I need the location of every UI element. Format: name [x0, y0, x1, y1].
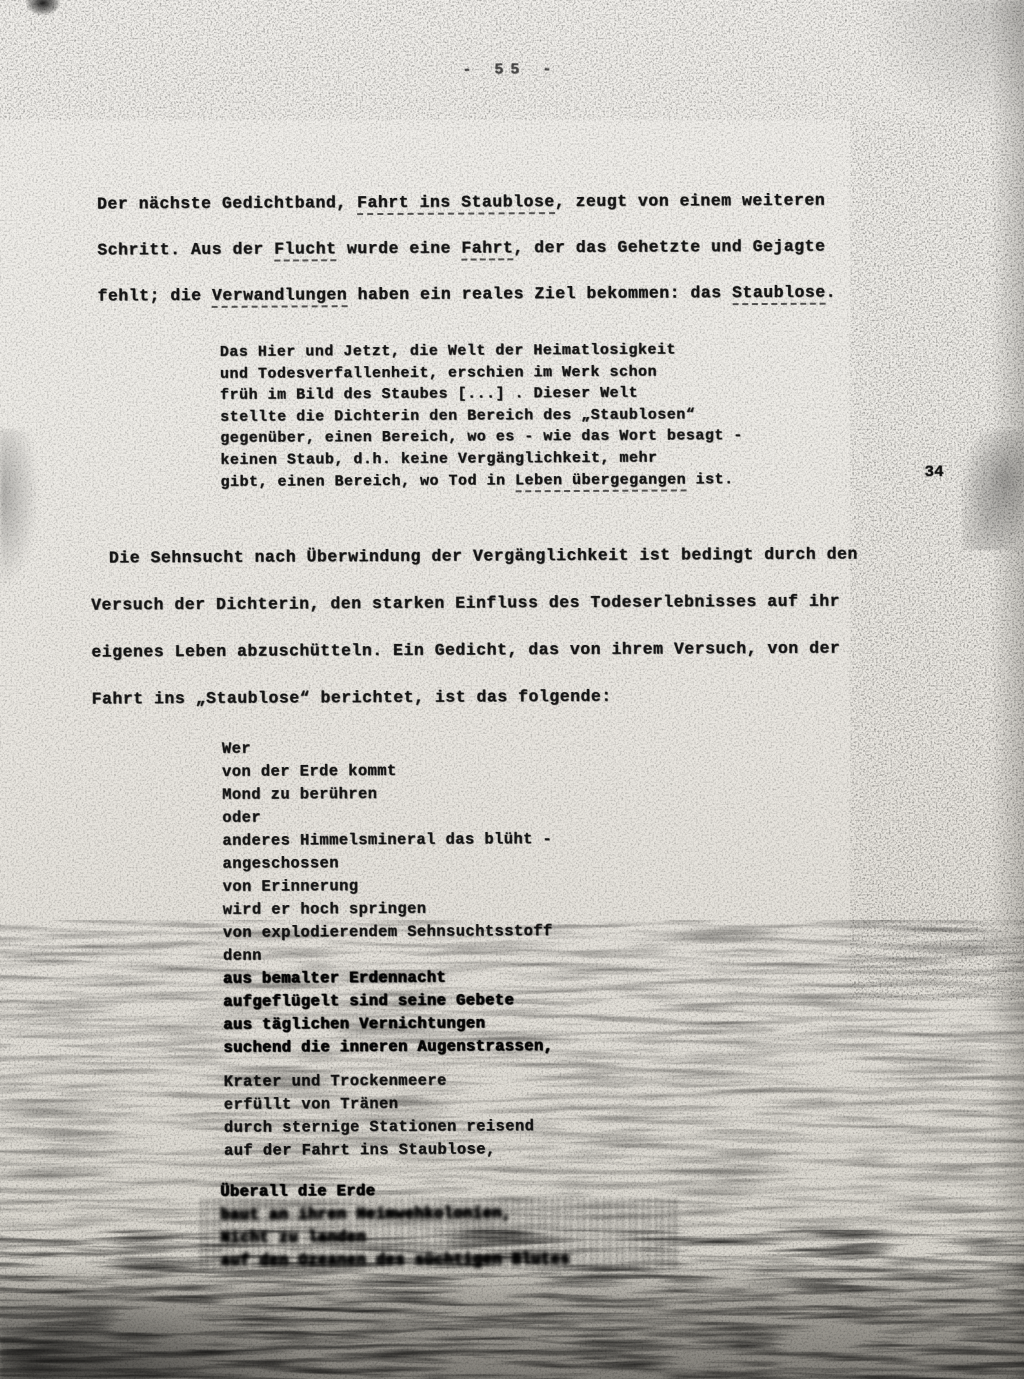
text-line: gegenüber, einen Bereich, wo es - wie da… [220, 425, 743, 449]
text-line: eigenes Leben abzuschütteln. Ein Gedicht… [91, 625, 858, 676]
text-line: Wer [222, 736, 552, 761]
underlined-text: Leben übergegangen [515, 471, 686, 492]
text-line: Überall die Erde [220, 1179, 569, 1204]
text-line: Nicht zu landen [220, 1225, 569, 1250]
text-line: Der nächste Gedichtband, Fahrt ins Staub… [97, 178, 836, 228]
text-line: und Todesverfallenheit, erschien im Werk… [220, 361, 743, 385]
poem-stanza-3-smudged: Überall die Erdebaut an ihren Heimwehkol… [220, 1179, 570, 1273]
scanned-document-page: - 55 - Der nächste Gedichtband, Fahrt in… [0, 0, 1024, 1379]
text-line: aus täglichen Vernichtungen [223, 1012, 553, 1037]
text-line: suchend die inneren Augenstrassen, [223, 1035, 553, 1060]
text-line: erfüllt von Tränen [224, 1092, 535, 1117]
intro-paragraph: Der nächste Gedichtband, Fahrt ins Staub… [97, 178, 836, 320]
text-line: von explodierendem Sehnsuchtsstoff [223, 920, 553, 945]
poem-stanza-1: Wervon der Erde kommtMond zu berührenode… [222, 736, 554, 1060]
text-line: stellte die Dichterin den Bereich des „S… [220, 404, 743, 428]
text-line: anderes Himmelsmineral das blüht - [222, 828, 552, 853]
underlined-text: Fahrt ins Staublose [357, 192, 555, 215]
text-line: durch sternige Stationen reisend [224, 1115, 535, 1140]
text-line: baut an ihren Heimwehkolonien, [220, 1202, 569, 1227]
typewritten-text-layer: - 55 - Der nächste Gedichtband, Fahrt in… [0, 0, 1024, 1379]
text-line: keinen Staub, d.h. keine Vergänglichkeit… [220, 447, 743, 471]
underlined-text: Flucht [274, 239, 337, 261]
text-line: Schritt. Aus der Flucht wurde eine Fahrt… [97, 224, 836, 274]
page-number: - 55 - [400, 61, 620, 79]
text-line: aufgeflügelt sind seine Gebete [223, 989, 553, 1014]
text-line: von der Erde kommt [222, 759, 552, 784]
text-line: aus bemalter Erdennacht [223, 966, 553, 991]
text-line: Krater und Trockenmeere [224, 1069, 535, 1094]
text-line: Fahrt ins „Staublose“ berichtet, ist das… [92, 672, 859, 723]
text-line: Die Sehnsucht nach Überwindung der Vergä… [91, 531, 858, 582]
text-line: Versuch der Dichterin, den starken Einfl… [91, 578, 858, 629]
underlined-text: Fahrt [461, 238, 513, 260]
text-line: auf der Fahrt ins Staublose, [224, 1138, 535, 1163]
text-line: angeschossen [222, 851, 552, 876]
text-line: denn [223, 943, 553, 968]
block-quote: Das Hier und Jetzt, die Welt der Heimatl… [220, 339, 743, 493]
text-line: Das Hier und Jetzt, die Welt der Heimatl… [220, 339, 743, 363]
underlined-text: Staublose [732, 283, 826, 305]
text-line: fehlt; die Verwandlungen haben ein reale… [97, 270, 836, 320]
text-line: oder [222, 805, 552, 830]
text-line: von Erinnerung [223, 874, 553, 899]
text-line: wird er hoch springen [223, 897, 553, 922]
poem-stanza-2: Krater und Trockenmeereerfüllt von Träne… [224, 1069, 535, 1163]
text-line: früh im Bild des Staubes [...] . Dieser … [220, 382, 743, 406]
underlined-text: Verwandlungen [212, 285, 347, 308]
text-line: auf den Ozeanen des süchtigen Blutes [221, 1248, 570, 1273]
body-paragraph: Die Sehnsucht nach Überwindung der Vergä… [91, 531, 859, 723]
text-line: Mond zu berühren [222, 782, 552, 807]
footnote-reference-number: 34 [924, 463, 943, 481]
text-line: gibt, einen Bereich, wo Tod in Leben übe… [220, 469, 743, 493]
